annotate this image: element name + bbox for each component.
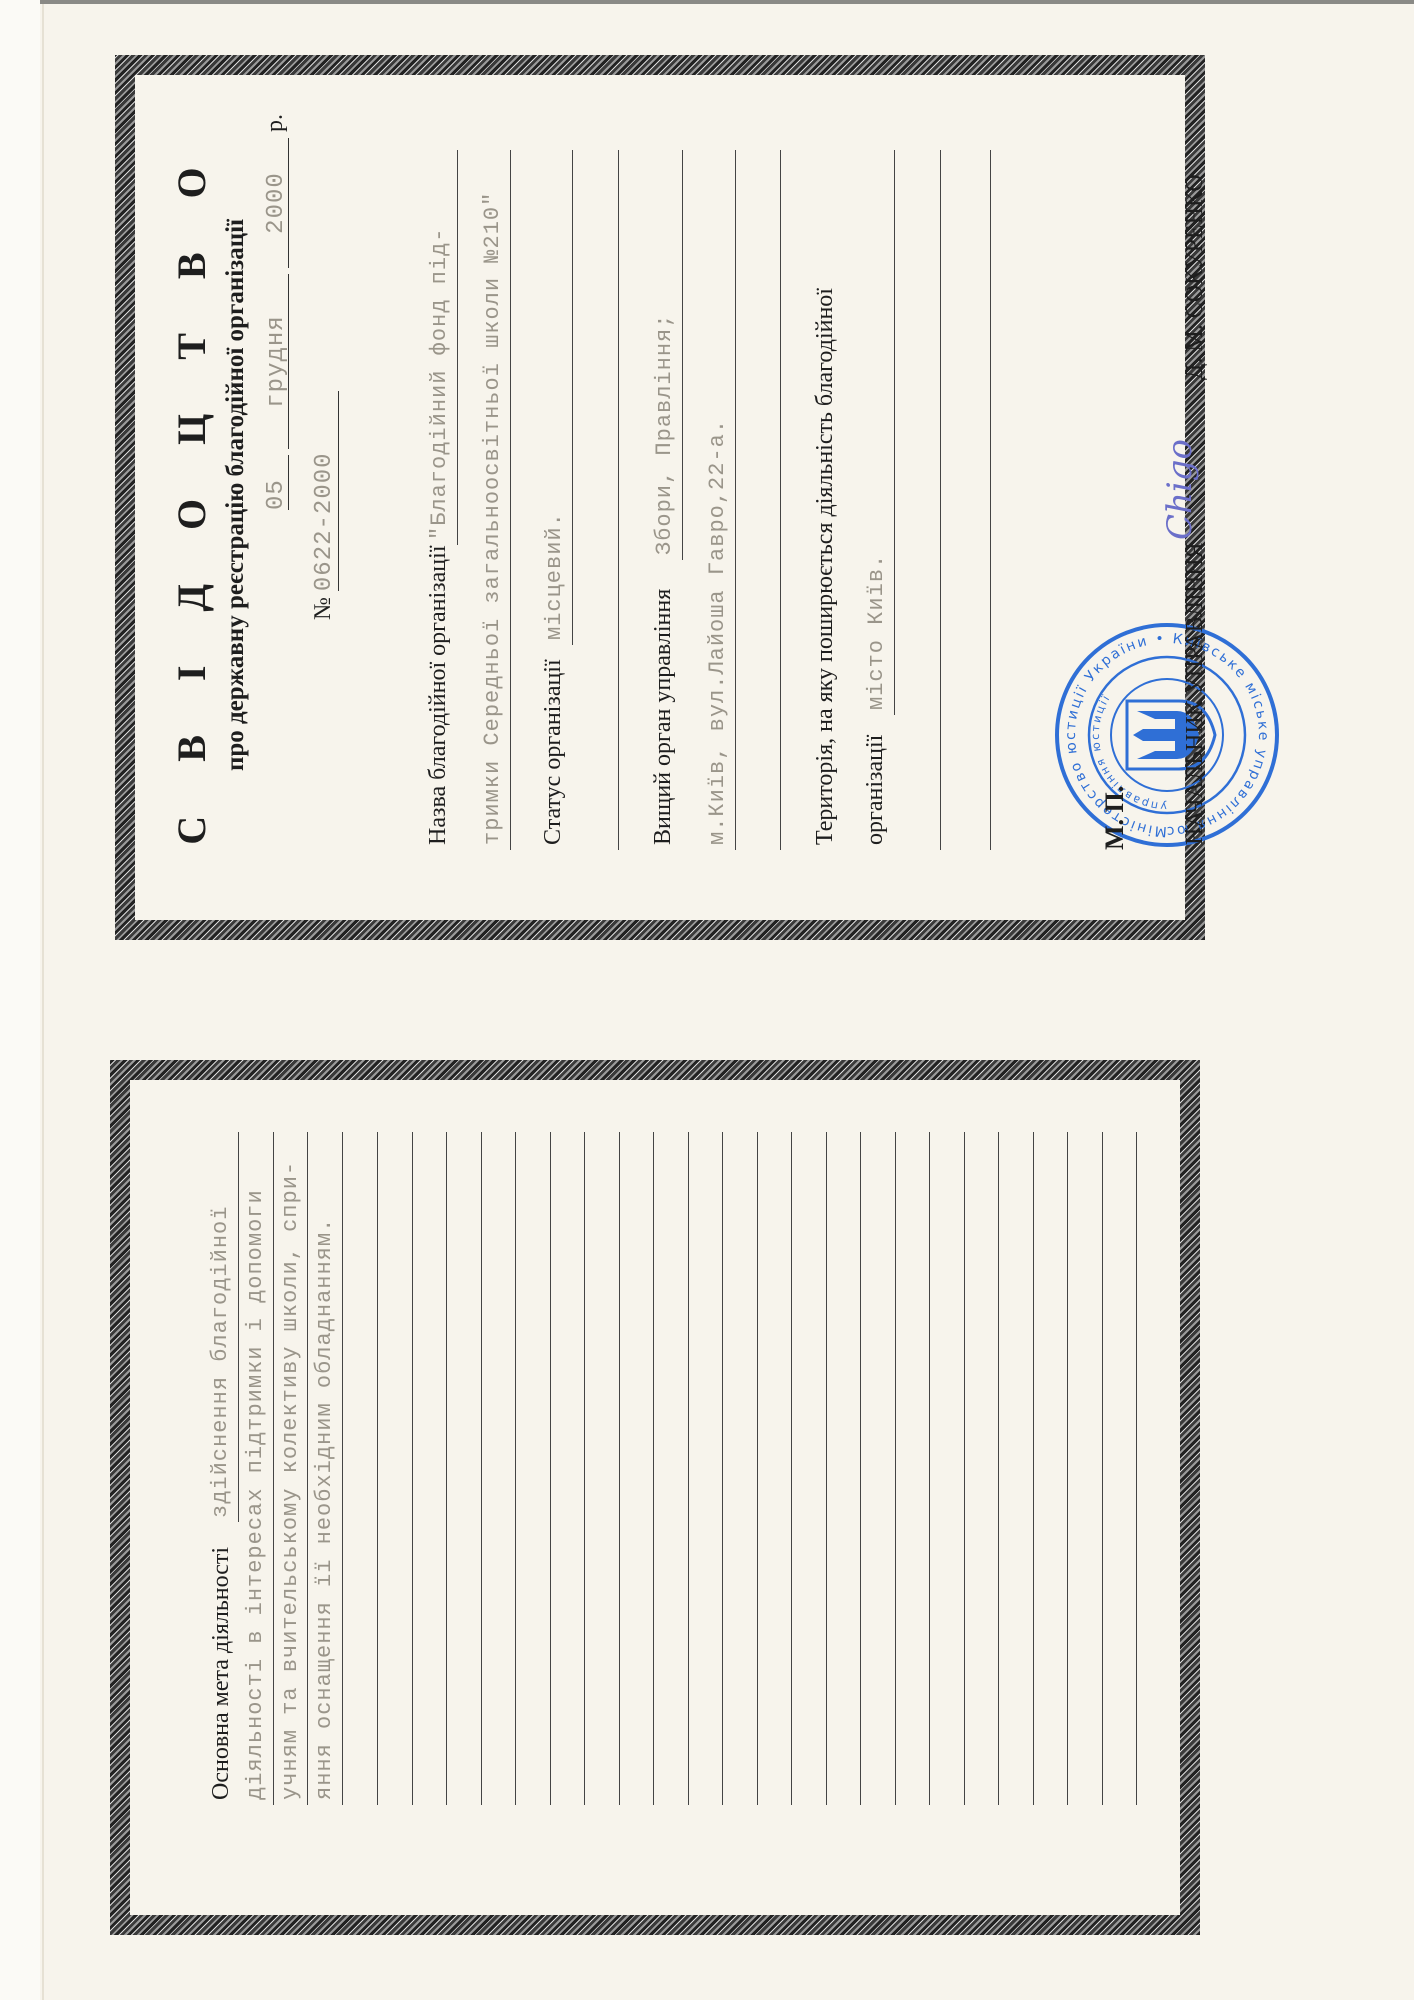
- field-underline: [307, 1132, 308, 1805]
- certificate-title: С В І Д О Ц Т В О: [168, 145, 215, 845]
- registration-date: 05 грудня 2000 р.: [262, 114, 289, 510]
- purpose-line-2: діяльності в інтересах підтримки і допом…: [243, 1189, 268, 1800]
- ruled-line: [584, 1132, 585, 1805]
- registration-number: № 0622-2000: [310, 391, 339, 620]
- ruled-line: [998, 1132, 999, 1805]
- field-underline: [735, 150, 736, 850]
- field-underline: [618, 150, 619, 850]
- ruled-line: [860, 1132, 861, 1805]
- governing-body-label: Вищий орган управління: [650, 589, 677, 845]
- ruled-line: [446, 1132, 447, 1805]
- ruled-line: [515, 1132, 516, 1805]
- name-line-1: "Благодійний фонд під-: [427, 228, 452, 540]
- certificate-spread: Основна мета діяльності здійснення благо…: [0, 0, 1414, 2000]
- purpose-line-4: яння оснащення її необхідним обладнанням…: [312, 1218, 337, 1800]
- territory-value: місто Київ.: [864, 554, 889, 710]
- seal-label: М. П.: [1100, 786, 1130, 850]
- ruled-line: [412, 1132, 413, 1805]
- field-underline: [238, 1132, 239, 1522]
- official-stamp: Міністерство юстиції України • Київське …: [1052, 620, 1282, 850]
- ruled-line: [791, 1132, 792, 1805]
- ruled-line: [929, 1132, 930, 1805]
- governing-body-line-1: Збори, Правління;: [652, 314, 677, 555]
- field-underline: [457, 150, 458, 545]
- ruled-line: [688, 1132, 689, 1805]
- field-underline: [572, 150, 573, 645]
- number-value: 0622-2000: [311, 452, 338, 591]
- signatory-position: НАЧАЛЬНИК УПРАВЛІННЯ: [1182, 542, 1209, 845]
- ruled-line: [1136, 1132, 1137, 1805]
- handwritten-signature: Chigo: [1160, 439, 1200, 540]
- ruled-line: [481, 1132, 482, 1805]
- ruled-line: [619, 1132, 620, 1805]
- ruled-line: [722, 1132, 723, 1805]
- field-underline: [940, 150, 941, 850]
- field-underline: [780, 150, 781, 850]
- number-prefix: №: [310, 597, 336, 620]
- name-line-2: тримки Середньої загальноосвітньої школи…: [480, 192, 505, 845]
- field-underline: [990, 150, 991, 850]
- ruled-line: [377, 1132, 378, 1805]
- purpose-line-3: учням та вчительському колективу школи, …: [278, 1161, 303, 1800]
- status-label: Статус організації: [540, 659, 567, 845]
- field-underline: [342, 1132, 343, 1805]
- ruled-line: [1067, 1132, 1068, 1805]
- territory-label-2: організації: [862, 735, 889, 845]
- signatory-name: Д. М. СОКУРЕНКО: [1182, 174, 1209, 380]
- purpose-line-1: здійснення благодійної: [208, 1206, 233, 1518]
- date-year: 2000: [263, 172, 290, 234]
- certificate-subtitle: про державну реєстрацію благодійної орга…: [222, 100, 250, 890]
- date-suffix: р.: [262, 114, 288, 132]
- field-underline: [510, 150, 511, 850]
- territory-label: Територія, на яку поширюється діяльність…: [812, 288, 839, 845]
- ruled-line: [826, 1132, 827, 1805]
- ruled-line: [895, 1132, 896, 1805]
- date-month: грудня: [263, 315, 290, 407]
- ruled-line: [1102, 1132, 1103, 1805]
- ruled-line: [550, 1132, 551, 1805]
- ruled-line: [1033, 1132, 1034, 1805]
- name-label: Назва благодійної організації: [425, 546, 452, 845]
- field-underline: [894, 150, 895, 715]
- status-value: місцевий.: [542, 512, 567, 640]
- ruled-line: [653, 1132, 654, 1805]
- field-underline: [273, 1132, 274, 1805]
- ruled-line: [964, 1132, 965, 1805]
- date-day: 05: [263, 479, 290, 510]
- ruled-line: [757, 1132, 758, 1805]
- field-underline: [682, 150, 683, 560]
- purpose-label: Основна мета діяльності: [208, 1547, 235, 1800]
- governing-body-line-2: м.Київ, вул.Лайоша Гавро,22-а.: [705, 419, 730, 845]
